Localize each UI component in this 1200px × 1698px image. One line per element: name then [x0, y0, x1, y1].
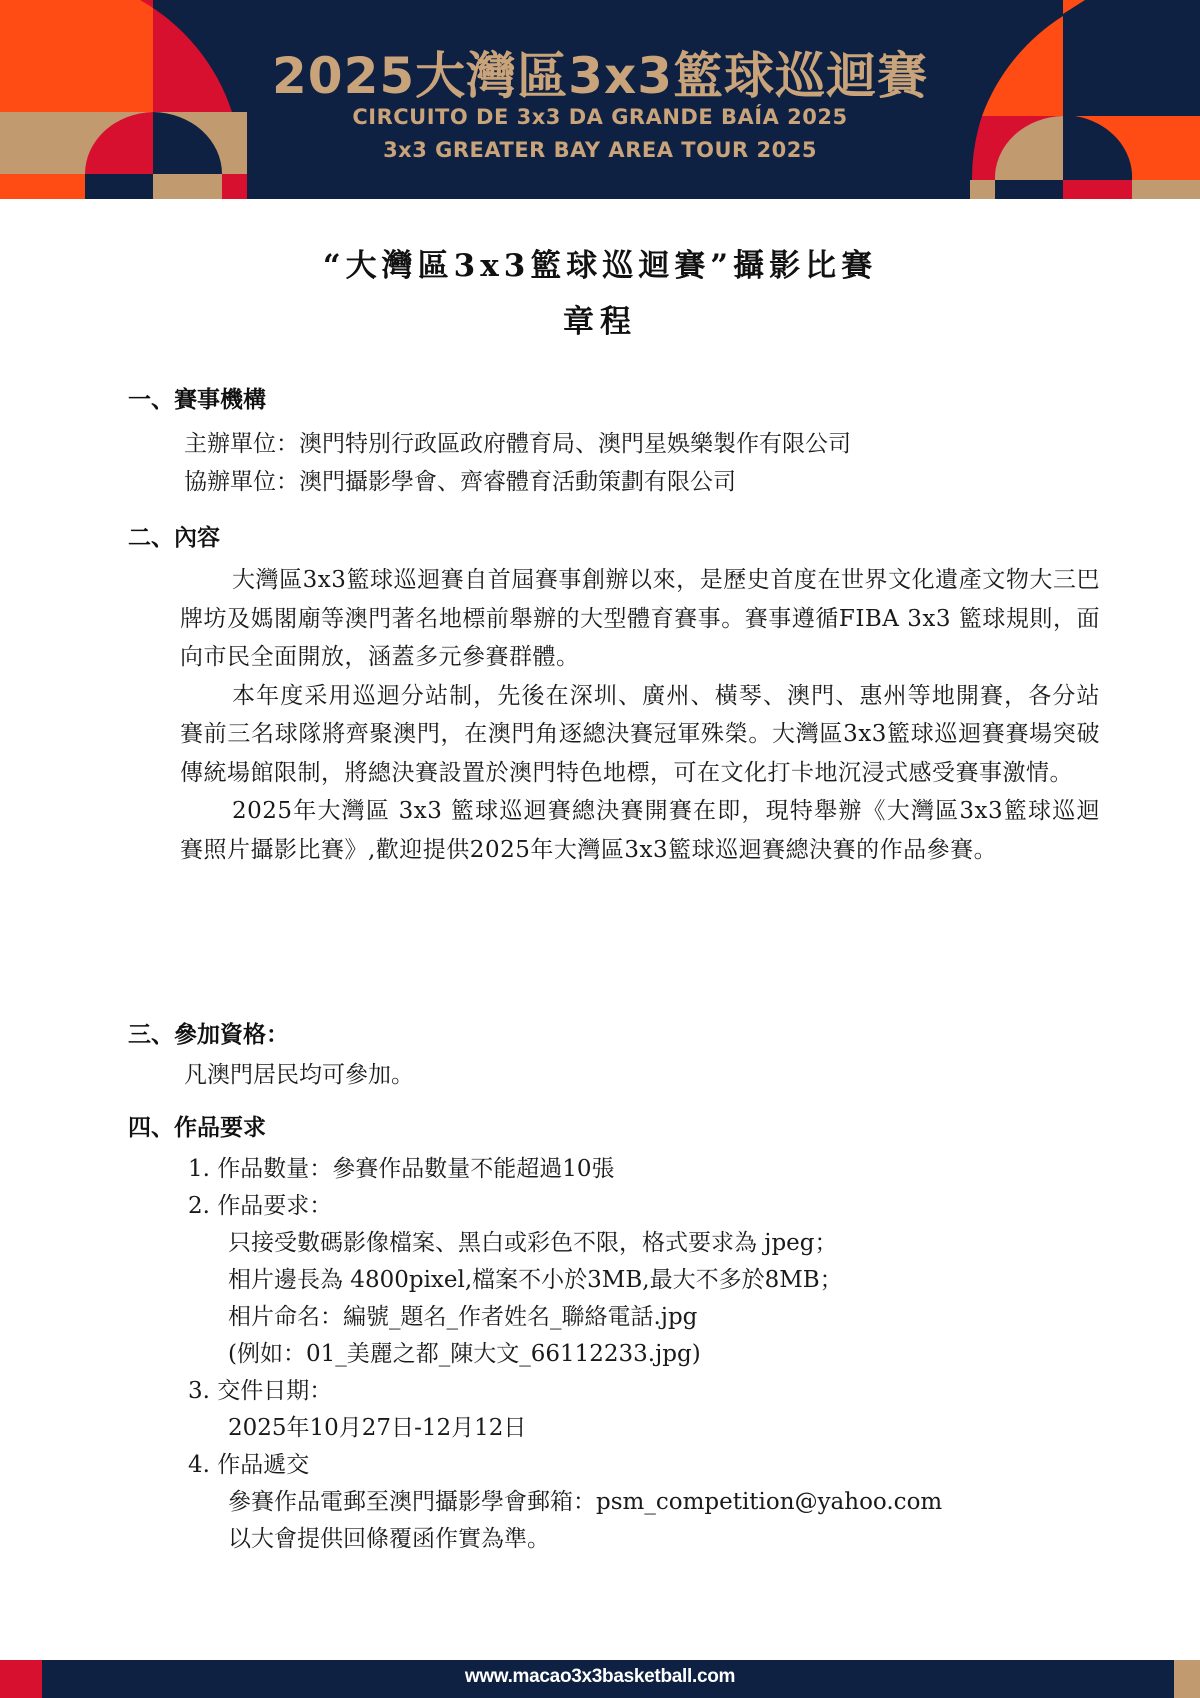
section-heading: 一、賽事機構	[128, 383, 851, 417]
section-eligibility: 三、參加資格： 凡澳門居民均可參加。	[128, 1018, 414, 1094]
deadline-dates: 2025年10月27日-12月12日	[128, 1410, 942, 1447]
section-heading: 四、作品要求	[128, 1111, 942, 1145]
requirement-detail: (例如：01_美麗之都_陳大文_66112233.jpg)	[128, 1336, 942, 1373]
organizer-line: 主辦單位：澳門特別行政區政府體育局、澳門星娛樂製作有限公司	[128, 425, 851, 463]
submission-confirmation-line: 以大會提供回條覆函作實為準。	[128, 1521, 942, 1558]
document-title: “大灣區3x3籃球巡迴賽”攝影比賽	[0, 240, 1200, 285]
banner-title-chinese: 2025大灣區3x3籃球巡迴賽	[0, 36, 1200, 108]
footer-bar: www.macao3x3basketball.com	[0, 1660, 1200, 1698]
requirement-item-quantity: 1. 作品數量：參賽作品數量不能超過10張	[128, 1151, 942, 1188]
website-link[interactable]: www.macao3x3basketball.com	[0, 1666, 1200, 1688]
requirement-item-format: 2. 作品要求：	[128, 1188, 942, 1225]
document-subtitle: 章程	[0, 296, 1200, 341]
section-content: 二、內容 大灣區3x3籃球巡迴賽自首屆賽事創辦以來，是歷史首度在世界文化遺產文物…	[128, 521, 1100, 869]
paragraph: 大灣區3x3籃球巡迴賽自首屆賽事創辦以來，是歷史首度在世界文化遺產文物大三巴牌坊…	[180, 561, 1100, 677]
co-organizer-line: 協辦單位：澳門攝影學會、齊睿體育活動策劃有限公司	[128, 463, 851, 501]
requirement-detail: 只接受數碼影像檔案、黑白或彩色不限，格式要求為 jpeg；	[128, 1225, 942, 1262]
submission-email-line: 參賽作品電郵至澳門攝影學會郵箱：psm_competition@yahoo.co…	[128, 1484, 942, 1521]
requirement-detail: 相片邊長為 4800pixel,檔案不小於3MB,最大不多於8MB；	[128, 1262, 942, 1299]
paragraph: 本年度采用巡迴分站制，先後在深圳、廣州、橫琴、澳門、惠州等地開賽，各分站賽前三名…	[180, 677, 1100, 793]
requirement-item-submission: 4. 作品遞交	[128, 1447, 942, 1484]
section-organizers: 一、賽事機構 主辦單位：澳門特別行政區政府體育局、澳門星娛樂製作有限公司 協辦單…	[128, 383, 851, 501]
requirement-detail: 相片命名：編號_題名_作者姓名_聯絡電話.jpg	[128, 1299, 942, 1336]
section-heading: 三、參加資格：	[128, 1018, 414, 1052]
section-heading: 二、內容	[128, 521, 1100, 555]
requirement-item-deadline: 3. 交件日期：	[128, 1373, 942, 1410]
paragraph: 2025年大灣區 3x3 籃球巡迴賽總決賽開賽在即，現特舉辦《大灣區3x3籃球巡…	[180, 792, 1100, 869]
section-requirements: 四、作品要求 1. 作品數量：參賽作品數量不能超過10張 2. 作品要求： 只接…	[128, 1111, 942, 1558]
header-banner: 2025大灣區3x3籃球巡迴賽 CIRCUITO DE 3x3 DA GRAND…	[0, 0, 1200, 199]
eligibility-line: 凡澳門居民均可參加。	[128, 1056, 414, 1094]
banner-title-english: 3x3 GREATER BAY AREA TOUR 2025	[0, 138, 1200, 162]
banner-title-portuguese: CIRCUITO DE 3x3 DA GRANDE BAÍA 2025	[0, 105, 1200, 129]
